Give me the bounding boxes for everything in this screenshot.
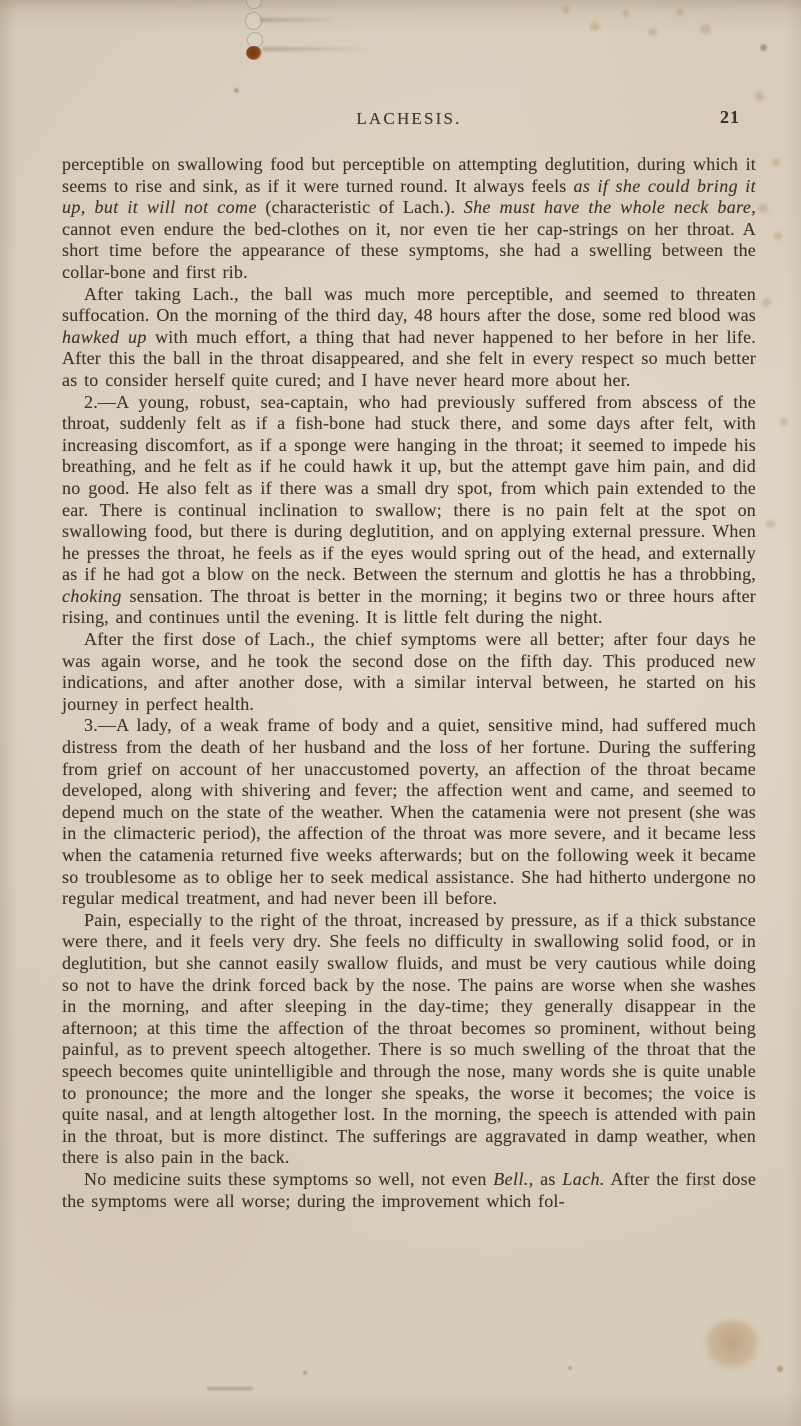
page-text: perceptible on swallowing food but perce… [62, 154, 756, 1212]
paper-stain [704, 1320, 760, 1370]
text-run: 3.—A lady, of a weak frame of body and a… [62, 715, 756, 908]
page-number: 21 [720, 107, 740, 128]
foxing-speck [303, 1371, 307, 1375]
pencil-smudge [207, 1387, 253, 1390]
foxing-speck [568, 1366, 572, 1370]
italic-run: choking [62, 586, 122, 606]
foxing-speck [648, 28, 657, 36]
foxing-speck [622, 10, 629, 17]
paragraph: After taking Lach., the ball was much mo… [62, 284, 756, 392]
foxing-speck [700, 24, 711, 34]
page-title: LACHESIS. [62, 109, 756, 129]
ink-spot [246, 46, 262, 60]
foxing-speck [590, 22, 600, 31]
foxing-speck [758, 204, 768, 213]
foxing-speck [762, 298, 771, 307]
smudge-streak [260, 18, 338, 22]
italic-run: hawked up [62, 327, 147, 347]
paragraph: 3.—A lady, of a weak frame of body and a… [62, 715, 756, 909]
text-run: sensation. The throat is better in the m… [62, 586, 756, 628]
smudge-streak [262, 47, 372, 51]
text-run: (characteristic of Lach.). [257, 197, 464, 217]
foxing-speck [777, 1366, 783, 1372]
text-run: After taking Lach., the ball was much mo… [62, 284, 756, 326]
paragraph: No medicine suits these symptoms so well… [62, 1169, 756, 1212]
ink-ring-mark [246, 0, 262, 9]
text-run: with much effort, a thing that had never… [62, 327, 756, 390]
running-head: LACHESIS. 21 [62, 109, 756, 133]
text-run: After the first dose of Lach., the chief… [62, 629, 756, 714]
text-run: , as [529, 1169, 563, 1189]
foxing-speck [562, 6, 570, 14]
ink-ring-mark [247, 32, 263, 48]
foxing-speck [755, 92, 764, 101]
text-run: Pain, especially to the right of the thr… [62, 910, 756, 1168]
foxing-speck [676, 8, 684, 16]
text-run: 2.—A young, robust, sea-captain, who had… [62, 392, 756, 585]
paragraph: 2.—A young, robust, sea-captain, who had… [62, 392, 756, 630]
paragraph: Pain, especially to the right of the thr… [62, 910, 756, 1169]
book-page: LACHESIS. 21 perceptible on swallowing f… [0, 0, 801, 1426]
text-run: No medicine suits these symptoms so well… [84, 1169, 493, 1189]
italic-run: She must have the whole neck bare [464, 197, 752, 217]
foxing-speck [780, 418, 788, 426]
foxing-speck [772, 158, 780, 166]
italic-run: Bell. [493, 1169, 529, 1189]
italic-run: Lach. [562, 1169, 605, 1189]
foxing-speck [766, 520, 775, 528]
paragraph: After the first dose of Lach., the chief… [62, 629, 756, 715]
foxing-speck [774, 232, 782, 240]
ink-ring-mark [245, 12, 262, 30]
foxing-speck [234, 88, 239, 93]
foxing-speck [760, 44, 767, 51]
paragraph: perceptible on swallowing food but perce… [62, 154, 756, 284]
